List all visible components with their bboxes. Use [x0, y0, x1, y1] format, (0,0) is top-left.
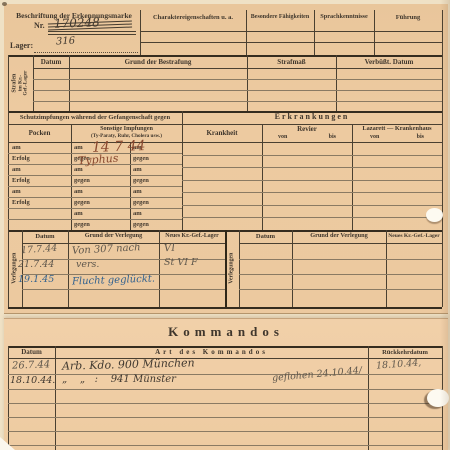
impfung-row-label-pocken: am: [12, 166, 21, 173]
rule-line: [8, 417, 442, 418]
verlegung-entry-0-datum: 17.7.44: [21, 244, 58, 256]
kommando-row-0-rueckkehr: 18.10.44,: [376, 358, 422, 371]
impfung-row-label-a: gegen: [74, 221, 90, 228]
rule-line: [55, 346, 56, 450]
rule-line: [239, 243, 442, 244]
verlegung-entry-2-datum: 19.1.45: [18, 275, 54, 285]
kommando-row-0-art: Arb. Kdo. 900 München: [62, 357, 195, 371]
rule-line: [8, 346, 9, 450]
verlegung-entry-1-neues: St VI F: [164, 258, 198, 268]
impfung-row-label-b: gegen: [133, 177, 149, 184]
rule-line: [225, 230, 227, 307]
impfung-row-label-b: gegen: [133, 155, 149, 162]
rule-line: [386, 230, 387, 307]
rule-line: [239, 289, 442, 290]
paper-edge-shade: [440, 0, 450, 450]
rule-line: [8, 230, 9, 307]
kommando-row-1-note: geflohen 24.10.44/: [272, 366, 363, 383]
impfung-row-label-b: am: [133, 210, 142, 217]
kommandos-title: Kommandos: [4, 325, 448, 339]
torn-corner: [0, 437, 15, 450]
verlegung-col-neues-right: Neues Kr.-Gef.-Lager: [386, 233, 442, 239]
verlegungen-side-label-right: Verlegungen: [225, 230, 239, 307]
impfung-row-label-a: gegen: [74, 177, 90, 184]
verlegung-col-grund-left: Grund der Verlegung: [68, 233, 159, 240]
rule-line: [22, 289, 225, 290]
impfung-row-label-a: am: [74, 188, 83, 195]
impfung-row-label-a: gegen: [74, 199, 90, 206]
verlegung-entry-1-datum: 21.7.44: [18, 260, 54, 270]
kommandos-col-art: Art des Kommandos: [55, 349, 368, 357]
kommandos-card: Kommandos Datum Art des Kommandos Rückke…: [4, 318, 448, 450]
rule-line: [8, 445, 442, 446]
verlegung-entry-1-grund: vers.: [76, 260, 99, 270]
rule-line: [8, 389, 442, 390]
verlegung-entry-0-neues: VI: [164, 244, 176, 255]
pow-record-card-scan: Beschriftung der Erkennungsmarke Nr. 170…: [0, 0, 450, 450]
rule-line: [8, 431, 442, 432]
impfung-row-label-pocken: Erfolg: [12, 199, 30, 206]
kommando-row-0-datum: 26.7.44: [12, 360, 50, 371]
rule-line: [292, 230, 293, 307]
impfung-row-label-a: am: [74, 210, 83, 217]
verlegung-col-datum-right: Datum: [239, 233, 292, 240]
rule-line: [159, 230, 160, 307]
rule-line: [239, 259, 442, 260]
kommandos-col-rueckkehr: Rückkehrdatum: [368, 349, 442, 356]
vaccination-against-entry: Typhus: [78, 153, 119, 167]
verlegung-col-datum-left: Datum: [22, 233, 68, 240]
kommando-row-1-art: „ „ : 941 Münster: [62, 375, 176, 385]
verlegung-col-neues-left: Neues Kr.-Gef.-Lager: [159, 233, 225, 239]
rule-line: [68, 230, 69, 307]
main-card: Beschriftung der Erkennungsmarke Nr. 170…: [4, 4, 448, 314]
rule-line: [8, 403, 442, 404]
kommando-row-1-datum: 18.10.44.: [10, 376, 55, 386]
impfung-row-label-b: am: [133, 188, 142, 195]
impfung-row-label-pocken: Erfolg: [12, 177, 30, 184]
verlegung-col-grund-right: Grund der Verlegung: [292, 233, 386, 240]
rule-line: [239, 230, 240, 307]
impfung-row-label-b: gegen: [133, 221, 149, 228]
rule-line: [8, 307, 442, 309]
impfung-row-label-pocken: Erfolg: [12, 155, 30, 162]
rule-line: [368, 346, 369, 450]
impfung-row-label-pocken: am: [12, 144, 21, 151]
impfung-row-label-pocken: am: [12, 188, 21, 195]
impfung-row-label-b: am: [133, 166, 142, 173]
ink-smudge: [2, 2, 7, 6]
kommandos-col-datum: Datum: [8, 349, 55, 357]
rule-line: [239, 274, 442, 275]
impfung-row-label-b: gegen: [133, 199, 149, 206]
impfung-row-label-a: am: [74, 144, 83, 151]
